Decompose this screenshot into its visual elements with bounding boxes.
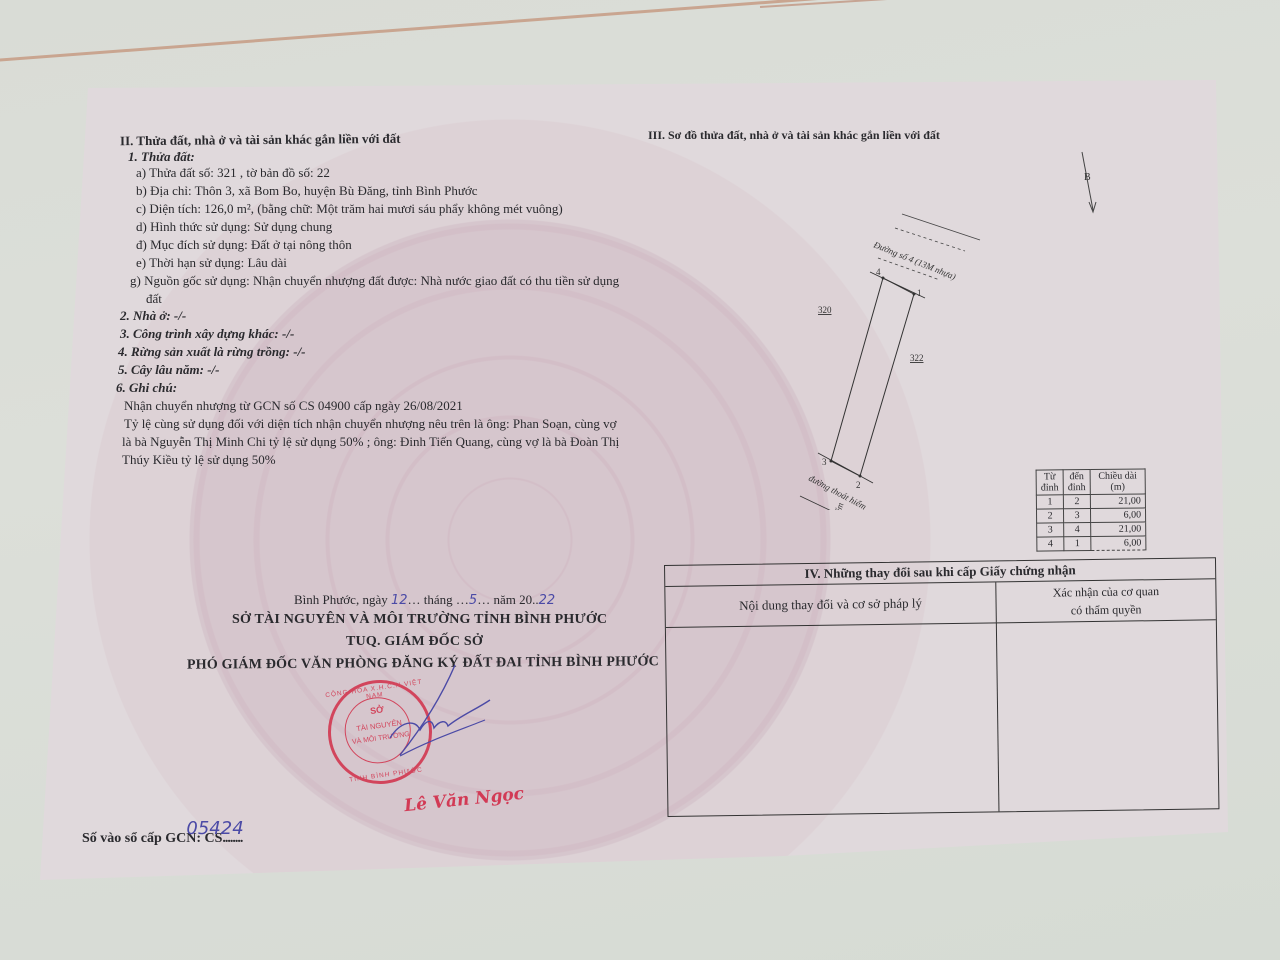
parcel-address: b) Địa chỉ: Thôn 3, xã Bom Bo, huyện Bù …	[136, 183, 478, 199]
table-row: 3 4 21,00	[1037, 522, 1146, 537]
note-line: là bà Nguyễn Thị Minh Chi tỷ lệ sử dụng …	[122, 434, 619, 450]
usage-purpose: đ) Mục đích sử dụng: Đất ở tại nông thôn	[136, 237, 352, 253]
authority-confirmation-header: Xác nhận của cơ quan có thẩm quyền	[996, 579, 1216, 622]
vertex-label: 2	[856, 480, 861, 490]
vertex-label: 4	[876, 267, 881, 277]
col-header: đến đỉnh	[1063, 470, 1090, 495]
changes-table: IV. Những thay đổi sau khi cấp Giấy chứn…	[664, 557, 1219, 817]
escape-route-label: đường thoát hiểm	[818, 501, 845, 510]
usage-origin-cont: đất	[146, 291, 162, 307]
vertex-label: 1	[917, 288, 922, 298]
usage-origin: g) Nguồn gốc sử dụng: Nhận chuyển nhượng…	[130, 273, 619, 289]
tuq-title: TUQ. GIÁM ĐỐC SỞ	[346, 634, 483, 650]
table-row: 1 2 21,00	[1036, 494, 1145, 509]
from-vertex: 3	[1037, 523, 1064, 537]
parcel-area: c) Diện tích: 126,0 m², (bằng chữ: Một t…	[136, 201, 563, 217]
vertex-label: 3	[822, 457, 827, 467]
to-vertex: 4	[1064, 523, 1091, 537]
table-header-row: Từ đỉnh đến đỉnh Chiều dài (m)	[1036, 469, 1145, 495]
perennial-tree-item: 5. Cây lâu năm: -/-	[118, 362, 219, 378]
authority-header-line: có thẩm quyền	[1053, 600, 1160, 619]
note-line: Tỷ lệ cùng sử dụng đối với diện tích nhậ…	[124, 416, 617, 432]
north-label: B	[1084, 172, 1091, 183]
north-arrow-icon: B	[1082, 152, 1096, 212]
registry-handwritten-number: 05424	[186, 818, 243, 839]
edge-length: 6,00	[1091, 536, 1146, 551]
floor-tile-grout	[0, 0, 1280, 63]
parcel-diagram: B Đường số 4 (13M nhựa) 4 1 2 3 320 322 …	[760, 140, 1140, 510]
parcel-number: a) Thửa đất số: 321 , tờ bản đồ số: 22	[136, 165, 330, 181]
issue-date: Bình Phước, ngày 12… tháng …5… năm 20..2…	[294, 592, 555, 608]
column-divider	[996, 622, 1000, 811]
from-vertex: 1	[1036, 495, 1063, 509]
issuing-org: SỞ TÀI NGUYÊN VÀ MÔI TRƯỜNG TỈNH BÌNH PH…	[232, 612, 607, 628]
to-vertex: 1	[1064, 537, 1091, 551]
date-prefix: Bình Phước, ngày	[294, 592, 388, 607]
change-content-header: Nội dung thay đổi và cơ sở pháp lý	[665, 582, 997, 627]
col-header: Từ đỉnh	[1036, 470, 1063, 495]
forest-item: 4. Rừng sản xuất là rừng trồng: -/-	[118, 344, 306, 360]
table-row: 2 3 6,00	[1036, 508, 1145, 523]
note-line: Thúy Kiều tỷ lệ sử dụng 50%	[122, 452, 276, 468]
date-month: 5	[469, 593, 477, 608]
neighbor-parcel-322: 322	[910, 353, 924, 363]
neighbor-parcel-320: 320	[818, 305, 832, 315]
other-construction-item: 3. Công trình xây dựng khác: -/-	[120, 326, 294, 342]
date-year: 22	[539, 593, 556, 608]
usage-term: e) Thời hạn sử dụng: Lâu dài	[136, 255, 287, 271]
authority-header-line: Xác nhận của cơ quan	[1053, 582, 1160, 601]
edge-length: 21,00	[1090, 494, 1145, 509]
registry-number: Số vào sổ cấp GCN: CS........05424	[82, 826, 300, 847]
year-label: năm 20	[493, 592, 532, 607]
date-day: 12	[391, 593, 408, 608]
col-header: Chiều dài (m)	[1090, 469, 1145, 495]
edge-length: 6,00	[1090, 508, 1145, 523]
month-label: tháng	[424, 592, 453, 607]
from-vertex: 4	[1037, 537, 1064, 551]
table-row: 4 1 6,00	[1037, 536, 1146, 551]
edge-length: 21,00	[1091, 522, 1146, 537]
edge-length-table: Từ đỉnh đến đỉnh Chiều dài (m) 1 2 21,00…	[1036, 468, 1147, 551]
land-parcel-heading: 1. Thửa đất:	[128, 149, 195, 165]
to-vertex: 2	[1063, 495, 1090, 509]
handwritten-signature	[360, 660, 510, 770]
to-vertex: 3	[1063, 509, 1090, 523]
from-vertex: 2	[1036, 509, 1063, 523]
notes-heading: 6. Ghi chú:	[116, 380, 177, 396]
section-ii-title: II. Thửa đất, nhà ở và tài sản khác gắn …	[120, 131, 401, 149]
house-item: 2. Nhà ở: -/-	[120, 308, 186, 324]
usage-form: d) Hình thức sử dụng: Sử dụng chung	[136, 219, 332, 235]
note-line: Nhận chuyển nhượng từ GCN số CS 04900 cấ…	[124, 398, 463, 414]
floor-tile-grout	[760, 0, 1280, 8]
